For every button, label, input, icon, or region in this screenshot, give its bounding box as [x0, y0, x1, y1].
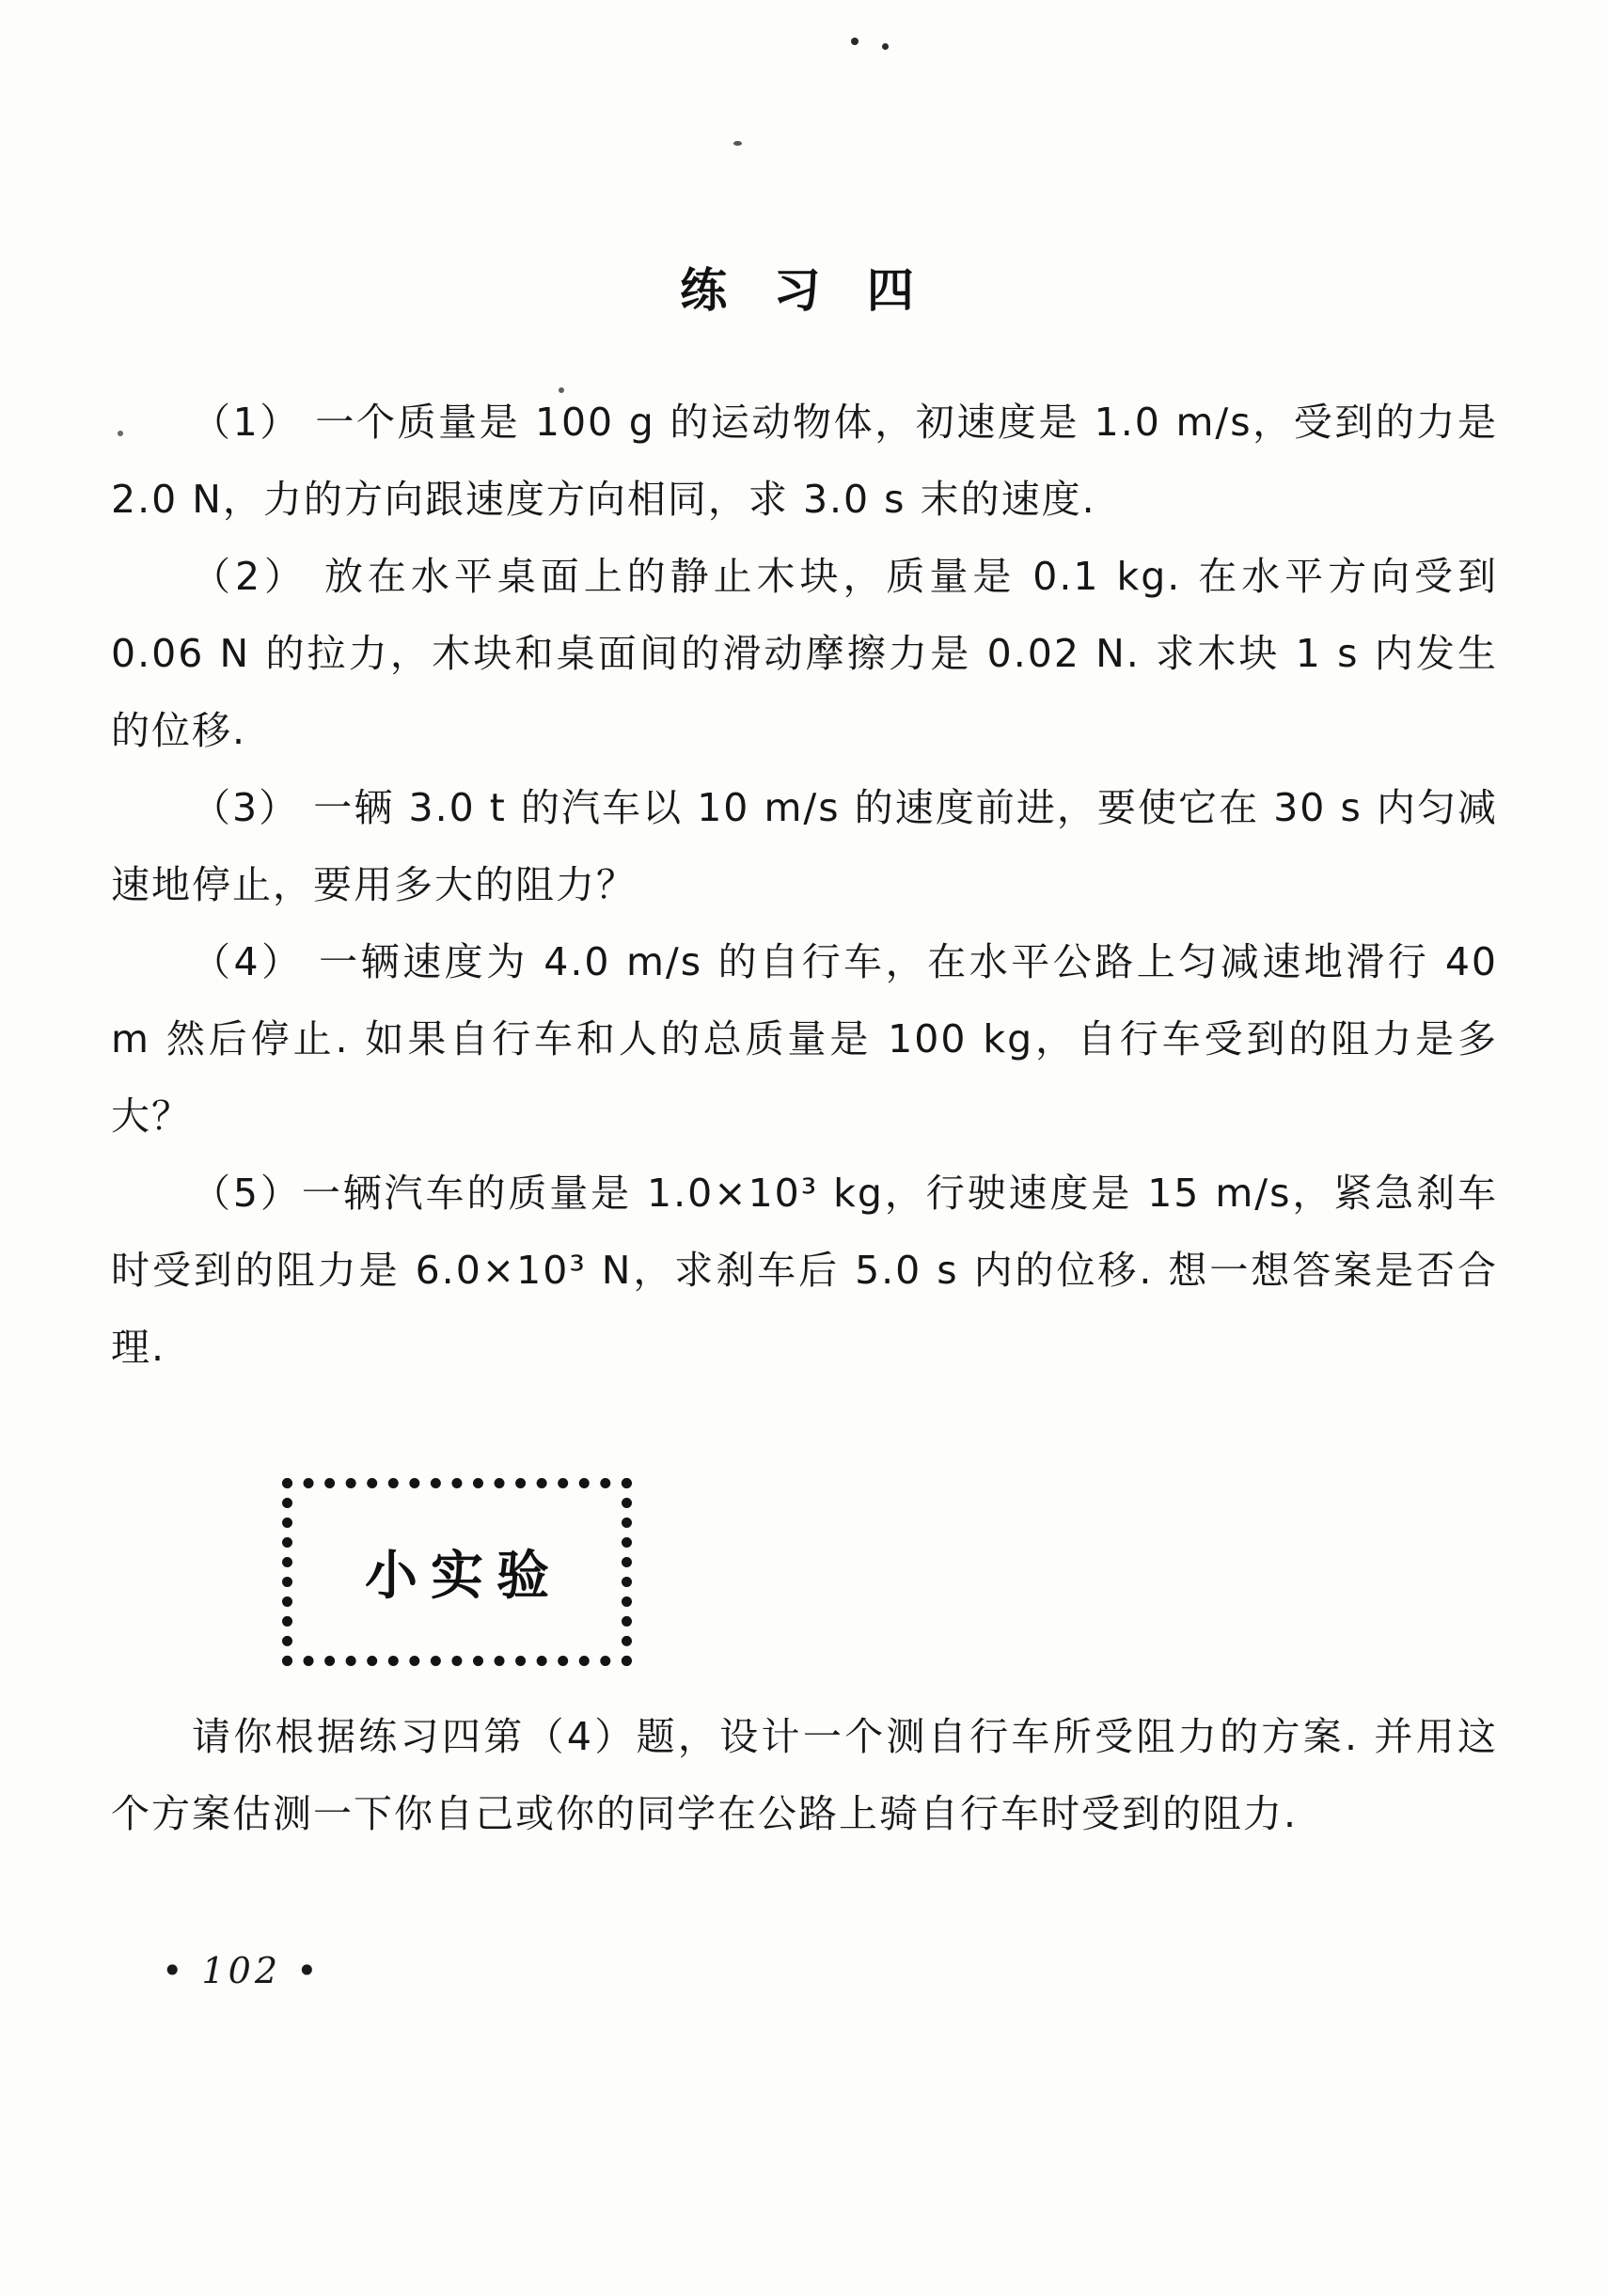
- experiment-box-label: 小实验: [352, 1534, 562, 1610]
- scan-speck: [882, 43, 889, 50]
- problem-1: （1） 一个质量是 100 g 的运动物体，初速度是 1.0 m/s，受到的力是…: [111, 384, 1498, 538]
- scan-speck: [733, 141, 742, 146]
- textbook-page: 练 习 四 （1） 一个质量是 100 g 的运动物体，初速度是 1.0 m/s…: [0, 0, 1607, 2296]
- page-number: • 102 •: [162, 1950, 1498, 1991]
- page-title: 练 习 四: [111, 261, 1498, 320]
- experiment-paragraph: 请你根据练习四第（4）题，设计一个测自行车所受阻力的方案. 并用这个方案估测一下…: [111, 1698, 1498, 1852]
- scan-speck: [559, 387, 564, 393]
- scan-speck: [851, 38, 859, 45]
- experiment-box: 小实验: [282, 1478, 632, 1666]
- problem-5: （5）一辆汽车的质量是 1.0×10³ kg，行驶速度是 15 m/s，紧急刹车…: [111, 1155, 1498, 1386]
- scan-speck: [118, 431, 123, 436]
- problem-4: （4） 一辆速度为 4.0 m/s 的自行车，在水平公路上匀减速地滑行 40 m…: [111, 923, 1498, 1155]
- problem-3: （3） 一辆 3.0 t 的汽车以 10 m/s 的速度前进，要使它在 30 s…: [111, 769, 1498, 923]
- problem-2: （2） 放在水平桌面上的静止木块，质量是 0.1 kg. 在水平方向受到 0.0…: [111, 538, 1498, 769]
